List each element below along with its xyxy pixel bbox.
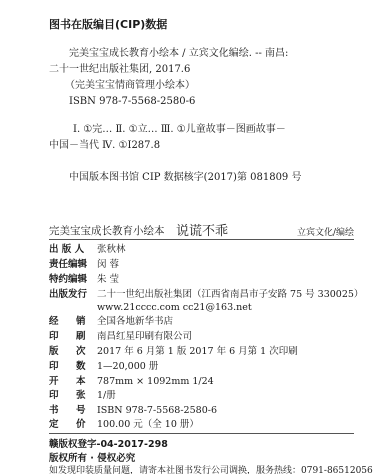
row-value: 闵 蓉 [97, 259, 119, 271]
colophon-row-web: www.21cccc.com cc21@163.net [49, 302, 252, 314]
cip-line-1: 完美宝宝成长教育小绘本 / 立宾文化编绘. -- 南昌: [69, 48, 288, 60]
book-title: 说谎不乖 [176, 220, 228, 239]
colophon-row-publisher: 出 版 人张秋林 [49, 244, 126, 256]
cip-verification: 中国版本图书馆 CIP 数据核字(2017)第 081809 号 [69, 172, 301, 184]
row-label: 版次 [49, 346, 97, 358]
row-label: 经销 [49, 316, 97, 328]
row-value: 二十一世纪出版社集团（江西省南昌市子安路 75 号 330025） [97, 289, 363, 301]
row-label: 书号 [49, 405, 97, 417]
row-label: 印刷 [49, 331, 97, 343]
row-label: 印数 [49, 361, 97, 373]
colophon-row-responsible-editor: 责任编辑闵 蓉 [49, 259, 119, 271]
row-value: 2017 年 6 月第 1 版 2017 年 6 月第 1 次印刷 [97, 346, 298, 358]
copyright-registration: 赣版权登字-04-2017-298 [49, 436, 168, 450]
series-title: 完美宝宝成长教育小绘本 [49, 223, 165, 238]
row-value: 南昌红星印刷有限公司 [97, 331, 192, 343]
row-label: 定价 [49, 419, 97, 431]
row-label: 出 版 人 [49, 244, 97, 256]
colophon-row-distribution: 出版发行二十一世纪出版社集团（江西省南昌市子安路 75 号 330025） [49, 289, 363, 301]
row-value: 1/册 [97, 390, 116, 402]
row-label: 责任编辑 [49, 259, 97, 271]
colophon-row-printer: 印刷南昌红星印刷有限公司 [49, 331, 192, 343]
colophon-row-format: 开本787mm × 1092mm 1/24 [49, 376, 214, 388]
colophon-row-isbn: 书号ISBN 978-7-5568-2580-6 [49, 405, 217, 417]
colophon-row-price: 定价100.00 元（全 10 册） [49, 419, 199, 431]
row-value: ISBN 978-7-5568-2580-6 [97, 405, 217, 417]
quality-notice: 如发现印装质量问题，请寄本社图书发行公司调换，服务热线：0791-8651205… [49, 463, 373, 474]
editor-credit: 立宾文化/编绘 [297, 225, 354, 238]
colophon-header: 完美宝宝成长教育小绘本 说谎不乖 立宾文化/编绘 [49, 225, 354, 240]
website-email: www.21cccc.com cc21@163.net [97, 302, 252, 314]
rights-reserved: 版权所有 · 侵权必究 [49, 450, 135, 464]
cip-line-2: 二十一世纪出版社集团, 2017.6 [49, 64, 190, 76]
row-value: 张秋林 [97, 244, 126, 256]
divider [49, 433, 354, 434]
row-label: 印张 [49, 390, 97, 402]
row-value: 全国各地新华书店 [97, 316, 173, 328]
row-value: 100.00 元（全 10 册） [97, 419, 199, 431]
row-label: 开本 [49, 376, 97, 388]
cip-classification-2: 中国－当代 Ⅳ. ①I287.8 [49, 140, 160, 152]
cip-line-3: （完美宝宝情商管理小绘本） [65, 80, 195, 92]
cip-isbn: ISBN 978-7-5568-2580-6 [69, 96, 195, 108]
row-label: 特约编辑 [49, 274, 97, 286]
cip-classification-1: Ⅰ. ①完… Ⅱ. ①立… Ⅲ. ①儿童故事－图画故事－ [73, 124, 286, 136]
colophon-row-sheets: 印张1/册 [49, 390, 116, 402]
row-label: 出版发行 [49, 289, 97, 301]
colophon-row-special-editor: 特约编辑朱 莹 [49, 274, 119, 286]
cip-title: 图书在版编目(CIP)数据 [49, 16, 167, 32]
row-value: 1—20,000 册 [97, 361, 158, 373]
colophon-row-print-run: 印数1—20,000 册 [49, 361, 158, 373]
colophon-row-seller: 经销全国各地新华书店 [49, 316, 173, 328]
row-value: 787mm × 1092mm 1/24 [97, 376, 214, 388]
row-value: 朱 莹 [97, 274, 119, 286]
colophon-row-edition: 版次2017 年 6 月第 1 版 2017 年 6 月第 1 次印刷 [49, 346, 298, 358]
